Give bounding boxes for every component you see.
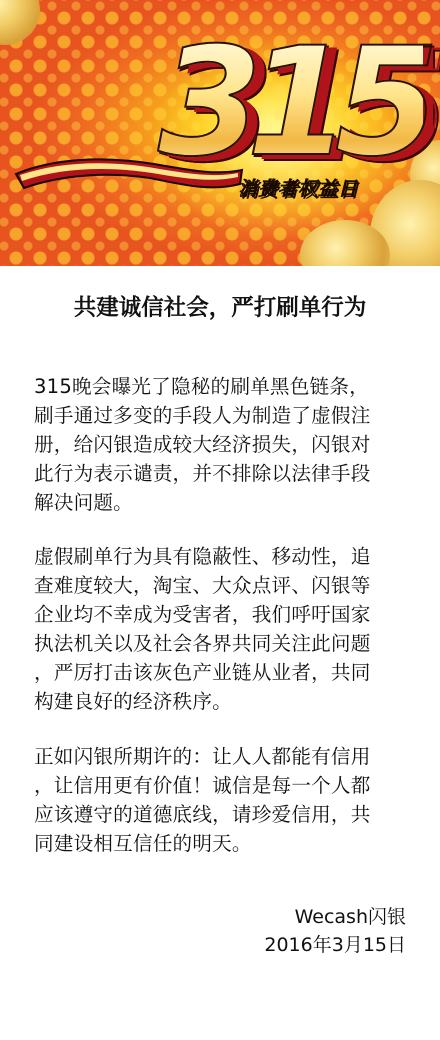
banner-315: 315 消费者权益日 xyxy=(0,0,440,266)
banner-subtitle: 消费者权益日 xyxy=(238,174,358,201)
article-paragraph-3: 正如闪银所期许的：让人人都能有信用 ，让信用更有价值！诚信是每一个人都 应该遵守… xyxy=(34,742,414,858)
signature-date: 2016年3月15日 xyxy=(106,931,406,959)
article-title: 共建诚信社会，严打刷单行为 xyxy=(0,292,440,324)
article-paragraph-2: 虚假刷单行为具有隐蔽性、移动性，追 查难度较大，淘宝、大众点评、闪银等 企业均不… xyxy=(34,542,414,716)
signature-org: Wecash闪银 xyxy=(106,903,406,931)
article-paragraph-1: 315晚会曝光了隐秘的刷单黑色链条， 刷手通过多变的手段人为制造了虚假注 册，给… xyxy=(34,372,414,517)
banner-number-315: 315 xyxy=(158,28,423,178)
